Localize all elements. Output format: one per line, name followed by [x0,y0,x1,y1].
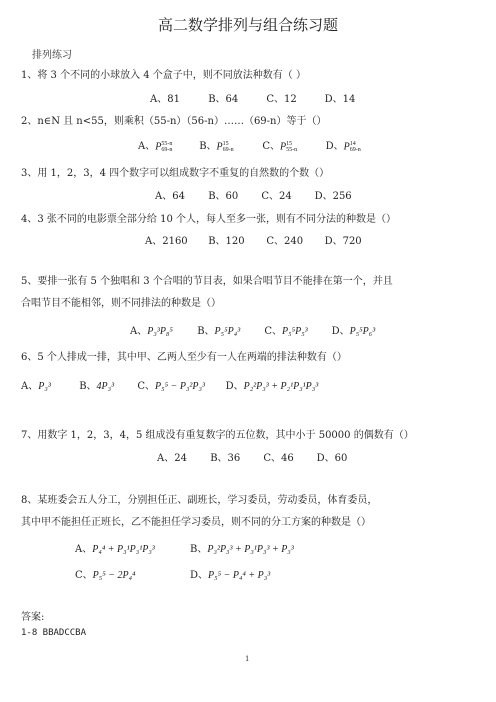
permutation-expr: P1569-n [217,141,234,153]
option-b: B、P₅⁵P₄³ [197,322,261,337]
permutation-expr: P1469-n [344,141,361,153]
option-a: A、81 [150,90,205,105]
option-a: A、64 [155,187,205,202]
section-heading: 排列练习 [32,46,72,61]
option-a: A、2160 [145,232,205,247]
page-number: 1 [245,655,249,663]
option-c: C、P1555-n [262,137,322,153]
question-6-text: 6、5 个人排成一排，其中甲、乙两人至少有一人在两端的排法种数有（） [21,348,347,363]
question-3-text: 3、用 1，2，3，4 四个数字可以组成数字不重复的自然数的个数（） [21,164,329,179]
question-4-options: A、2160 B、120 C、240 D、720 [145,232,362,247]
question-6-options: A、P₃³ B、4P₃³ C、P₅⁵ − P₃²P₃³ D、P₂²P₃³ + P… [21,377,318,392]
option-a: A、P₃³P₈⁵ [130,322,194,337]
question-5-options: A、P₃³P₈⁵ B、P₅⁵P₄³ C、P₅⁵P₅³ D、P₅⁵P₆³ [130,322,375,337]
question-8-option-c: C、P₅⁵ − 2P₄⁴ [75,566,136,581]
question-8-option-a: A、P₄⁴ + P₃¹P₃¹P₃³ [75,540,155,555]
question-7-options: A、24 B、36 C、46 D、60 [157,449,347,464]
option-a: A、24 [157,449,207,464]
question-8-text-line1: 8、某班委会五人分工，分别担任正、副班长，学习委员，劳动委员，体育委员， [21,491,377,506]
question-1-options: A、81 B、64 C、12 D、14 [150,90,355,105]
option-b: B、36 [210,449,260,464]
option-b: B、4P₃³ [79,377,134,392]
option-d: D、P1469-n [326,137,362,153]
question-7-text: 7、用数字 1，2，3，4，5 组成没有重复数字的五位数，其中小于 50000 … [21,426,414,441]
option-d: D、720 [325,232,362,247]
question-8-option-b: B、P₃²P₃³ + P₃¹P₃³ + P₃³ [190,540,294,555]
question-4-text: 4、3 张不同的电影票全部分给 10 个人，每人至多一张，则有不同分法的种数是（… [21,210,396,225]
option-d: D、P₅⁵P₆³ [332,322,376,337]
option-c: C、46 [263,449,313,464]
option-b: B、120 [208,232,263,247]
permutation-expr: P55-n69-n [155,141,172,153]
answer-key: 1-8 BBADCCBA [21,628,86,638]
option-d: D、14 [325,90,356,105]
option-d: D、P₂²P₃³ + P₂¹P₃¹P₃³ [226,377,319,392]
option-c: C、12 [266,90,321,105]
question-8-option-d: D、P₅⁵ − P₄⁴ + P₃³ [190,566,270,581]
question-5-text-line2: 合唱节目不能相邻，则不同排法的种数是（） [21,294,221,309]
permutation-expr: P1555-n [280,141,297,153]
option-c: C、P₅⁵ − P₃²P₃³ [137,377,222,392]
option-a: A、P55-n69-n [138,137,196,153]
question-5-text-line1: 5、要排一张有 5 个独唱和 3 个合唱的节目表，如果合唱节目不能排在第一个，并… [21,272,393,287]
option-d: D、256 [315,187,352,202]
question-3-options: A、64 B、60 C、24 D、256 [155,187,352,202]
question-2-text: 2、n∈N 且 n<55，则乘积（55-n）（56-n）……（69-n）等于（） [21,112,327,127]
page-title: 高二数学排列与组合练习题 [0,14,496,35]
option-b: B、64 [208,90,263,105]
option-c: C、P₅⁵P₅³ [264,322,328,337]
question-1-text: 1、将 3 个不同的小球放入 4 个盒子中，则不同放法种数有（ ） [21,66,306,81]
question-8-text-line2: 其中甲不能担任正班长，乙不能担任学习委员，则不同的分工方案的种数是（） [21,513,371,528]
option-c: C、240 [266,232,321,247]
option-b: B、P1569-n [199,137,259,153]
question-2-options: A、P55-n69-n B、P1569-n C、P1555-n D、P1469-… [138,137,362,153]
option-a: A、P₃³ [21,377,76,392]
option-b: B、60 [208,187,258,202]
answer-label: 答案: [21,608,44,623]
option-d: D、60 [317,449,348,464]
option-c: C、24 [261,187,311,202]
